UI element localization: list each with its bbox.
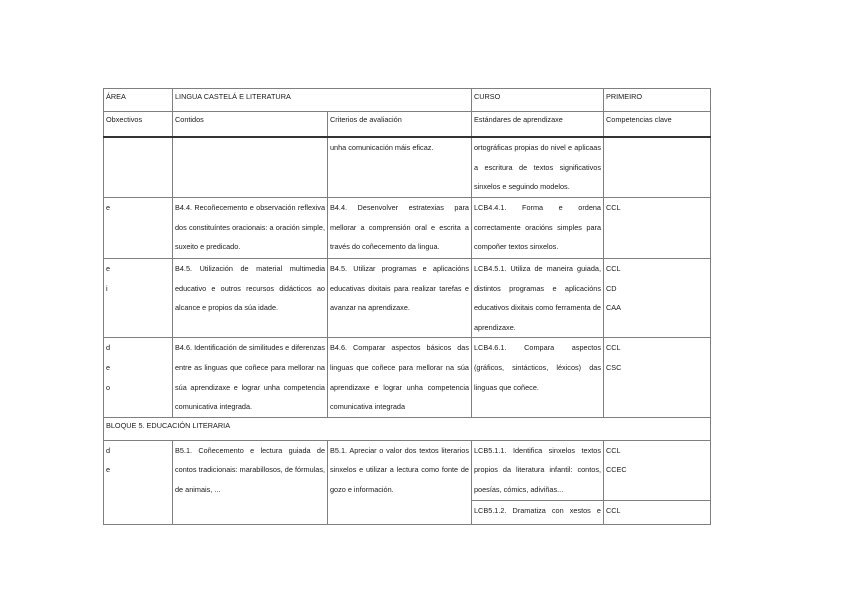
competence-code: CAA [606, 298, 708, 318]
content-cell: B4.4. Recoñecemento e observación reflex… [173, 198, 328, 259]
table-row: d e B5.1. Coñecemento e lectura guiada d… [104, 440, 711, 500]
competences-cell [604, 137, 711, 198]
competence-code: CCEC [606, 460, 708, 480]
competences-cell: CCL [604, 500, 711, 524]
column-header-criteria: Criterios de avaliación [328, 112, 472, 138]
standards-cell: LCB4.4.1. Forma e ordena correctamente o… [472, 198, 604, 259]
objectives-cell: e [104, 198, 173, 259]
criteria-cell: B5.1. Apreciar o valor dos textos litera… [328, 440, 472, 524]
objective-code: d [106, 338, 170, 358]
standards-cell: LCB4.6.1. Compara aspectos (gráficos, si… [472, 338, 604, 417]
column-header-contents: Contidos [173, 112, 328, 138]
content-cell [173, 137, 328, 198]
column-header-standards: Estándares de aprendizaxe [472, 112, 604, 138]
criteria-cell: unha comunicación máis eficaz. [328, 137, 472, 198]
competence-code: CD [606, 279, 708, 299]
objective-code: e [106, 358, 170, 378]
standards-cell: LCB5.1.2. Dramatiza con xestos e [472, 500, 604, 524]
competence-code: CSC [606, 358, 708, 378]
objectives-cell: e i [104, 259, 173, 338]
content-cell: B5.1. Coñecemento e lectura guiada de co… [173, 440, 328, 524]
area-value: LINGUA CASTELÁ E LITERATURA [173, 89, 472, 112]
column-headers-row: Obxectivos Contidos Criterios de avaliac… [104, 112, 711, 138]
standards-cell: ortográficas propias do nivel e aplicaas… [472, 137, 604, 198]
table-row: e i B4.5. Utilización de material multim… [104, 259, 711, 338]
course-value: PRIMEIRO [604, 89, 711, 112]
standards-cell: LCB5.1.1. Identifica sinxelos textos pro… [472, 440, 604, 500]
competences-cell: CCL [604, 198, 711, 259]
competence-code: CCL [606, 259, 708, 279]
header-row: ÁREA LINGUA CASTELÁ E LITERATURA CURSO P… [104, 89, 711, 112]
course-label: CURSO [472, 89, 604, 112]
table-row: d e o B4.6. Identificación de similitude… [104, 338, 711, 417]
content-cell: B4.5. Utilización de material multimedia… [173, 259, 328, 338]
objectives-cell: d e [104, 440, 173, 524]
content-cell: B4.6. Identificación de similitudes e di… [173, 338, 328, 417]
objective-code: e [106, 460, 170, 480]
competence-code: CCL [606, 338, 708, 358]
area-label: ÁREA [104, 89, 173, 112]
objectives-cell: d e o [104, 338, 173, 417]
column-header-objectives: Obxectivos [104, 112, 173, 138]
criteria-cell: B4.6. Comparar aspectos básicos das ling… [328, 338, 472, 417]
objective-code: d [106, 441, 170, 461]
criteria-cell: B4.5. Utilizar programas e aplicacións e… [328, 259, 472, 338]
criteria-cell: B4.4. Desenvolver estratexias para mello… [328, 198, 472, 259]
table-row: e B4.4. Recoñecemento e observación refl… [104, 198, 711, 259]
column-header-competences: Competencias clave [604, 112, 711, 138]
competences-cell: CCL CCEC [604, 440, 711, 500]
document-page: ÁREA LINGUA CASTELÁ E LITERATURA CURSO P… [0, 0, 842, 595]
objective-code: e [106, 259, 170, 279]
competence-code: CCL [606, 441, 708, 461]
competence-code: CCL [606, 198, 708, 218]
objective-code: i [106, 279, 170, 299]
block-title-row: BLOQUE 5. EDUCACIÓN LITERARIA [104, 417, 711, 440]
table-row: unha comunicación máis eficaz. ortográfi… [104, 137, 711, 198]
objectives-cell [104, 137, 173, 198]
objective-code: e [106, 198, 170, 218]
objective-code: o [106, 378, 170, 398]
competence-code: CCL [606, 501, 708, 521]
standards-cell: LCB4.5.1. Utiliza de maneira guiada, dis… [472, 259, 604, 338]
block-title: BLOQUE 5. EDUCACIÓN LITERARIA [104, 417, 711, 440]
competences-cell: CCL CD CAA [604, 259, 711, 338]
curriculum-table: ÁREA LINGUA CASTELÁ E LITERATURA CURSO P… [103, 88, 711, 525]
competences-cell: CCL CSC [604, 338, 711, 417]
